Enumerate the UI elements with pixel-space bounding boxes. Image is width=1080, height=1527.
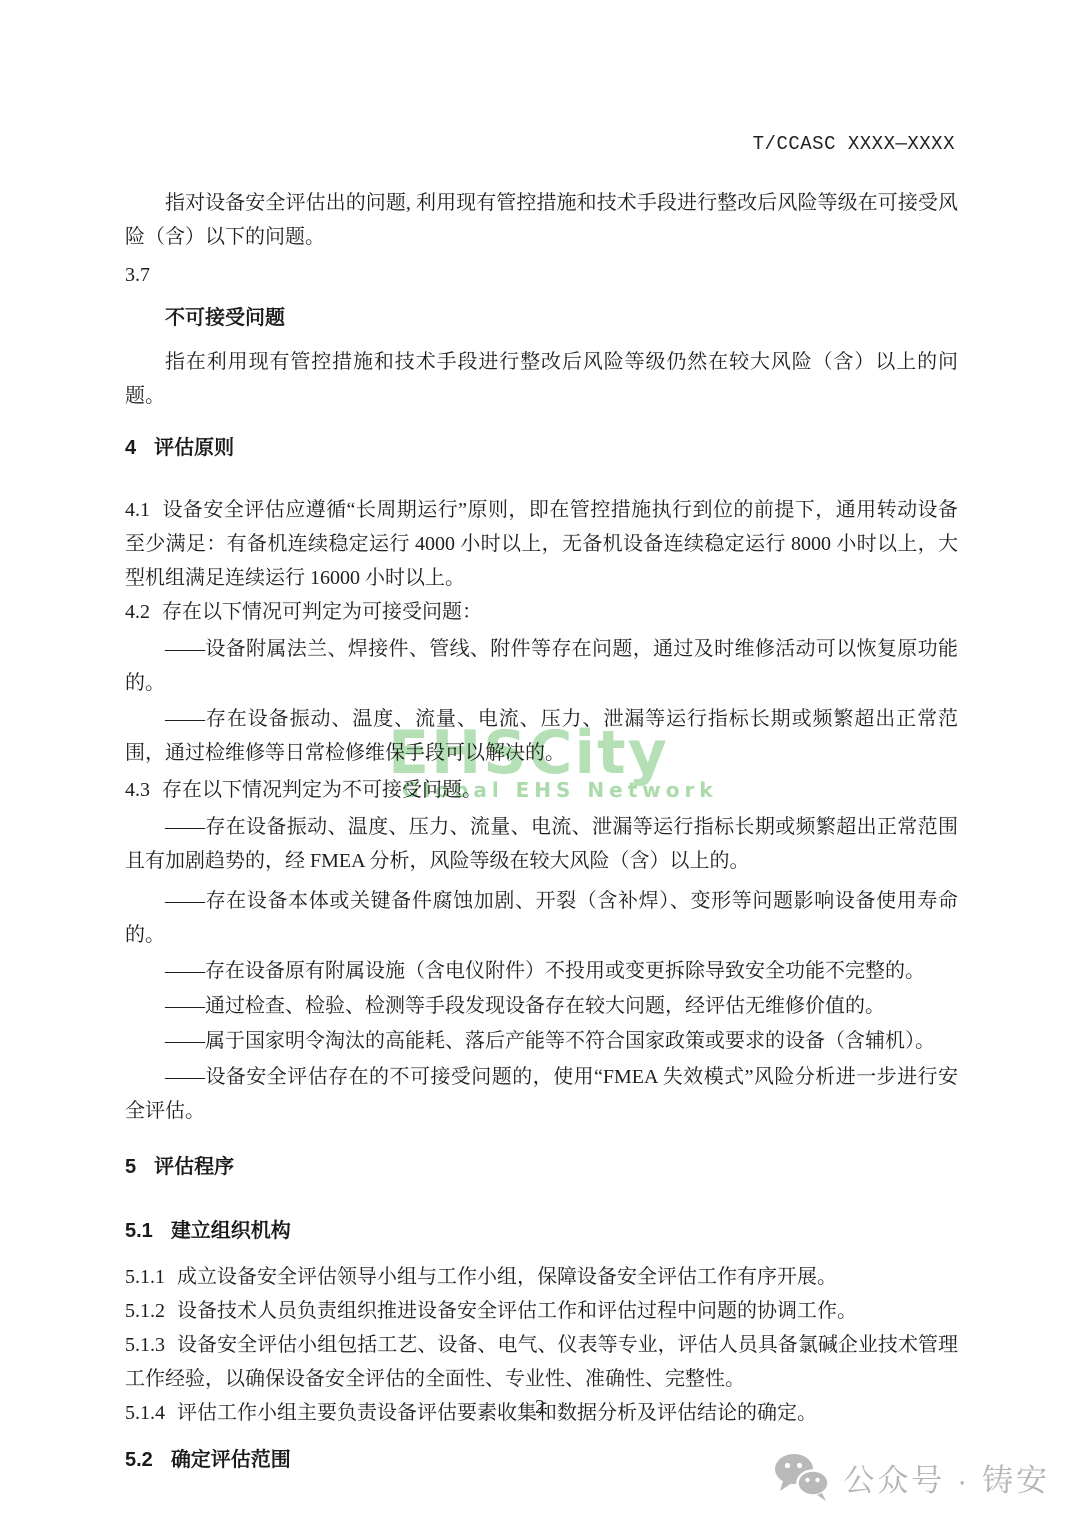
dash-item: ——存在设备原有附属设施（含电仪附件）不投用或变更拆除导致安全功能不完整的。: [125, 954, 958, 988]
clause-4-2: 4.2存在以下情况可判定为可接受问题：: [125, 595, 958, 629]
clause-4-1: 4.1设备安全评估应遵循“长周期运行”原则，即在管控措施执行到位的前提下，通用转…: [125, 493, 958, 595]
dash-item: ——属于国家明令淘汰的高能耗、落后产能等不符合国家政策或要求的设备（含辅机）。: [125, 1024, 958, 1058]
section-5-title: 评估程序: [154, 1156, 234, 1178]
section-5-1-heading: 5.1建立组织机构: [125, 1214, 958, 1248]
clause-5-1-2-text: 设备技术人员负责组织推进设备安全评估工作和评估过程中问题的协调工作。: [177, 1300, 857, 1322]
section-4-heading: 4评估原则: [125, 431, 958, 465]
dash-item: ——设备安全评估存在的不可接受问题的，使用“FMEA 失效模式”风险分析进一步进…: [125, 1060, 958, 1128]
clause-5-1-3: 5.1.3设备安全评估小组包括工艺、设备、电气、仪表等专业，评估人员具备氯碱企业…: [125, 1328, 958, 1396]
clause-5-1-3-text: 设备安全评估小组包括工艺、设备、电气、仪表等专业，评估人员具备氯碱企业技术管理工…: [125, 1334, 958, 1390]
definition-3-6: 指对设备安全评估出的问题, 利用现有管控措施和技术手段进行整改后风险等级在可接受…: [125, 186, 958, 254]
clause-5-1-2-number: 5.1.2: [125, 1300, 165, 1322]
clause-5-1-2: 5.1.2设备技术人员负责组织推进设备安全评估工作和评估过程中问题的协调工作。: [125, 1294, 958, 1328]
clause-4-3-text: 存在以下情况判定为不可接受问题。: [162, 779, 482, 801]
term-title-3-7: 不可接受问题: [125, 301, 958, 335]
document-code-header: T/CCASC XXXX—XXXX: [753, 133, 955, 155]
section-5-1-title: 建立组织机构: [171, 1220, 291, 1242]
section-4-number: 4: [125, 437, 136, 459]
clause-4-2-number: 4.2: [125, 601, 150, 623]
wechat-icon: [773, 1452, 831, 1502]
dash-item: ——通过检查、检验、检测等手段发现设备存在较大问题，经评估无维修价值的。: [125, 989, 958, 1023]
dash-item: ——存在设备振动、温度、压力、流量、电流、泄漏等运行指标长期或频繁超出正常范围且…: [125, 810, 958, 878]
section-5-heading: 5评估程序: [125, 1150, 958, 1184]
dash-item: ——存在设备本体或关键备件腐蚀加剧、开裂（含补焊）、变形等问题影响设备使用寿命的…: [125, 884, 958, 952]
section-5-number: 5: [125, 1156, 136, 1178]
clause-number-3-7: 3.7: [125, 258, 958, 292]
clause-5-1-3-number: 5.1.3: [125, 1334, 165, 1356]
page-number: 2: [0, 1396, 1080, 1419]
wechat-footer: 公众号 · 铸安: [773, 1452, 1050, 1502]
clause-4-2-text: 存在以下情况可判定为可接受问题：: [162, 601, 482, 623]
section-4-title: 评估原则: [154, 437, 234, 459]
clause-4-1-text: 设备安全评估应遵循“长周期运行”原则，即在管控措施执行到位的前提下，通用转动设备…: [125, 499, 958, 589]
wechat-account-label: 公众号 · 铸安: [843, 1455, 1050, 1500]
clause-5-1-1-text: 成立设备安全评估领导小组与工作小组，保障设备安全评估工作有序开展。: [177, 1266, 837, 1288]
clause-4-3: 4.3存在以下情况判定为不可接受问题。: [125, 773, 958, 807]
clause-5-1-1-number: 5.1.1: [125, 1266, 165, 1288]
clause-4-3-number: 4.3: [125, 779, 150, 801]
section-5-2-title: 确定评估范围: [171, 1449, 291, 1471]
dash-item: ——设备附属法兰、焊接件、管线、附件等存在问题，通过及时维修活动可以恢复原功能的…: [125, 632, 958, 700]
section-5-2-number: 5.2: [125, 1449, 153, 1471]
clause-5-1-1: 5.1.1成立设备安全评估领导小组与工作小组，保障设备安全评估工作有序开展。: [125, 1260, 958, 1294]
section-5-1-number: 5.1: [125, 1220, 153, 1242]
document-body: 指对设备安全评估出的问题, 利用现有管控措施和技术手段进行整改后风险等级在可接受…: [0, 186, 1080, 1477]
definition-3-7: 指在利用现有管控措施和技术手段进行整改后风险等级仍然在较大风险（含）以上的问题。: [125, 345, 958, 413]
dash-item: ——存在设备振动、温度、流量、电流、压力、泄漏等运行指标长期或频繁超出正常范围，…: [125, 702, 958, 770]
document-page: T/CCASC XXXX—XXXX EHSCity Global EHS Net…: [0, 0, 1080, 1527]
clause-4-1-number: 4.1: [125, 499, 150, 521]
